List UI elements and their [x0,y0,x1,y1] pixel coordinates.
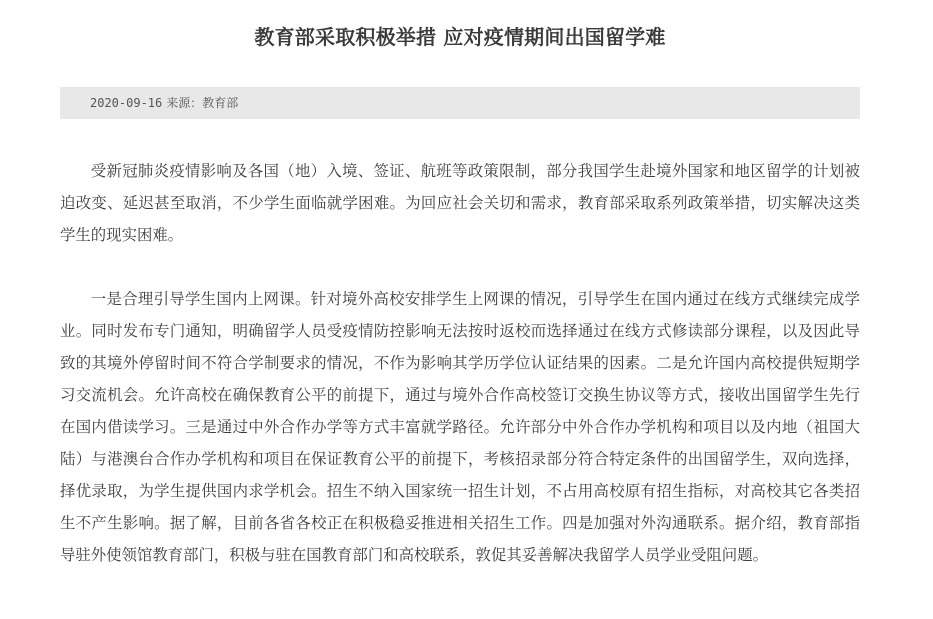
paragraph-intro: 受新冠肺炎疫情影响及各国（地）入境、签证、航班等政策限制，部分我国学生赴境外国家… [60,155,860,251]
article-body: 受新冠肺炎疫情影响及各国（地）入境、签证、航班等政策限制，部分我国学生赴境外国家… [60,155,860,571]
article-meta-bar: 2020-09-16来源：教育部 [60,87,860,119]
article-title: 教育部采取积极举措 应对疫情期间出国留学难 [60,0,860,52]
source-name: 教育部 [202,96,238,110]
publish-date: 2020-09-16 [90,96,162,110]
paragraph-measures: 一是合理引导学生国内上网课。针对境外高校安排学生上网课的情况，引导学生在国内通过… [60,283,860,571]
source-label: 来源： [166,96,202,110]
article: 教育部采取积极举措 应对疫情期间出国留学难 2020-09-16来源：教育部 受… [60,0,860,52]
